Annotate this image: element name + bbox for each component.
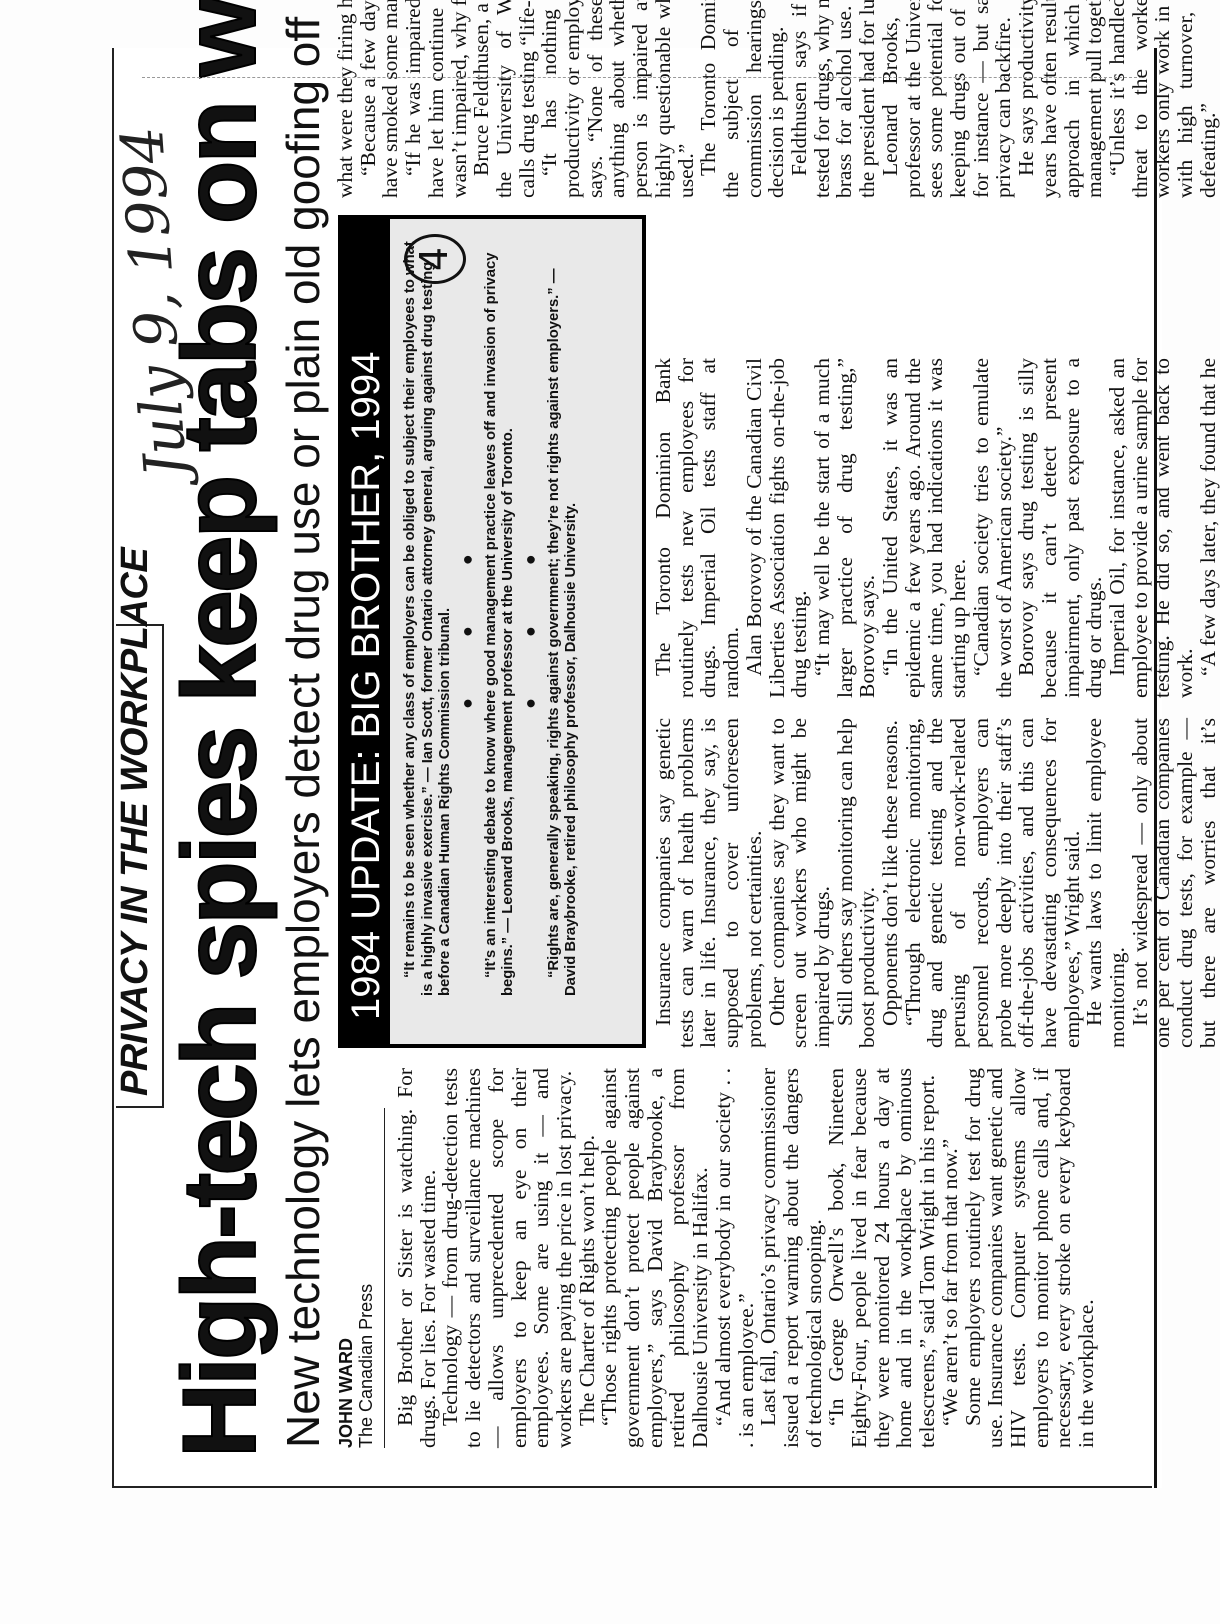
paragraph: what were they firing him for? bbox=[334, 0, 357, 198]
right-edge-rule bbox=[142, 77, 1142, 78]
quote: “It remains to be seen whether any class… bbox=[402, 239, 455, 996]
paragraph: “Because a few days before he may have s… bbox=[357, 0, 402, 198]
sidebar-title: 1984 UPDATE: BIG BROTHER, 1994 bbox=[342, 219, 390, 1044]
article-column-1: Big Brother or Sister is watching. For d… bbox=[394, 1068, 1220, 1448]
paragraph: Insurance companies say genetic tests ca… bbox=[652, 718, 766, 1048]
paragraph: The Charter of Rights won’t help. bbox=[576, 1068, 599, 1448]
paragraph: Some employers routinely test for drug u… bbox=[962, 1068, 1098, 1448]
paragraph: “In the United States, it was an epidemi… bbox=[879, 358, 970, 698]
paragraph: Technology — from drug-detection tests t… bbox=[439, 1068, 575, 1448]
paragraph: “Through electronic monitoring, drug and… bbox=[902, 718, 1084, 1048]
bullet-separator: ● ● ● bbox=[520, 239, 540, 996]
news-agency: The Canadian Press bbox=[356, 1284, 376, 1448]
paragraph: “It has nothing to do with productivity … bbox=[538, 0, 697, 198]
newspaper-clipping: PRIVACY IN THE WORKPLACE July 9, 1994 Hi… bbox=[112, 48, 1162, 1488]
paragraph: “Those rights protecting people against … bbox=[598, 1068, 712, 1448]
paragraph: Other companies say they want to screen … bbox=[766, 718, 834, 1048]
paragraph: Borovoy says drug testing is silly becau… bbox=[1015, 358, 1106, 698]
paragraph: Imperial Oil, for instance, asked an emp… bbox=[1106, 358, 1197, 698]
quote: “It’s an interesting debate to know wher… bbox=[483, 239, 518, 996]
paragraph: “Canadian society tries to emulate the w… bbox=[970, 358, 1015, 698]
paragraph: Opponents don’t like these reasons. bbox=[879, 718, 902, 1048]
paragraph: It’s not widespread — only about one per… bbox=[1129, 718, 1220, 1048]
handwritten-circled-number: 4 bbox=[404, 234, 466, 284]
headline: High-tech spies keep tabs on workers bbox=[168, 0, 272, 1458]
subheadline: New technology lets employers detect dru… bbox=[280, 17, 326, 1448]
paragraph: “If he was impaired, they shouldn’t have… bbox=[402, 0, 470, 198]
bullet-separator: ● ● ● bbox=[457, 239, 477, 996]
sidebar-body: “It remains to be seen whether any class… bbox=[390, 219, 581, 1044]
paragraph: “Unless it’s handled properly, it’s a th… bbox=[1106, 0, 1220, 198]
paragraph: “A few days later, they found that he te… bbox=[1197, 358, 1220, 698]
section-kicker: PRIVACY IN THE WORKPLACE bbox=[114, 548, 157, 1096]
paragraph: The Toronto Dominion Bank routinely test… bbox=[652, 358, 743, 698]
paragraph: He says productivity gains in recent yea… bbox=[1015, 0, 1106, 198]
byline: JOHN WARD The Canadian Press bbox=[336, 1108, 376, 1448]
byline-rule bbox=[384, 1108, 385, 1448]
article-column-2: Insurance companies say genetic tests ca… bbox=[652, 718, 1220, 1048]
paragraph: Leonard Brooks, a management professor a… bbox=[879, 0, 1015, 198]
paragraph: “And almost everybody in our society . .… bbox=[712, 1068, 757, 1448]
paragraph: Bruce Feldthusen, a law professor at the… bbox=[470, 0, 538, 198]
paragraph: “It may well be the start of a much larg… bbox=[811, 358, 879, 698]
left-rule bbox=[112, 1486, 1152, 1488]
paragraph: “We aren’t so far from that now.” bbox=[939, 1068, 962, 1448]
article-column-4: what were they firing him for? “Because … bbox=[334, 0, 1219, 198]
paragraph: The Toronto Dominion tests were the subj… bbox=[697, 0, 788, 198]
paragraph: Big Brother or Sister is watching. For d… bbox=[394, 1068, 439, 1448]
author-name: JOHN WARD bbox=[336, 1108, 356, 1448]
paragraph: Still others say monitoring can help boo… bbox=[834, 718, 879, 1048]
paragraph: “In George Orwell’s book, Nineteen Eight… bbox=[825, 1068, 939, 1448]
bottom-edge-rule bbox=[1154, 48, 1157, 1488]
paragraph: Last fall, Ontario’s privacy commissione… bbox=[757, 1068, 825, 1448]
paragraph: Feldthusen says if employees are tested … bbox=[788, 0, 879, 198]
paragraph: Alan Borovoy of the Canadian Civil Liber… bbox=[743, 358, 811, 698]
paragraph: He wants laws to limit employee monitori… bbox=[1083, 718, 1128, 1048]
article-column-3: The Toronto Dominion Bank routinely test… bbox=[652, 358, 1220, 698]
quote-sidebar: 1984 UPDATE: BIG BROTHER, 1994 “It remai… bbox=[338, 215, 646, 1048]
quote: “Rights are, generally speaking, rights … bbox=[546, 239, 581, 996]
